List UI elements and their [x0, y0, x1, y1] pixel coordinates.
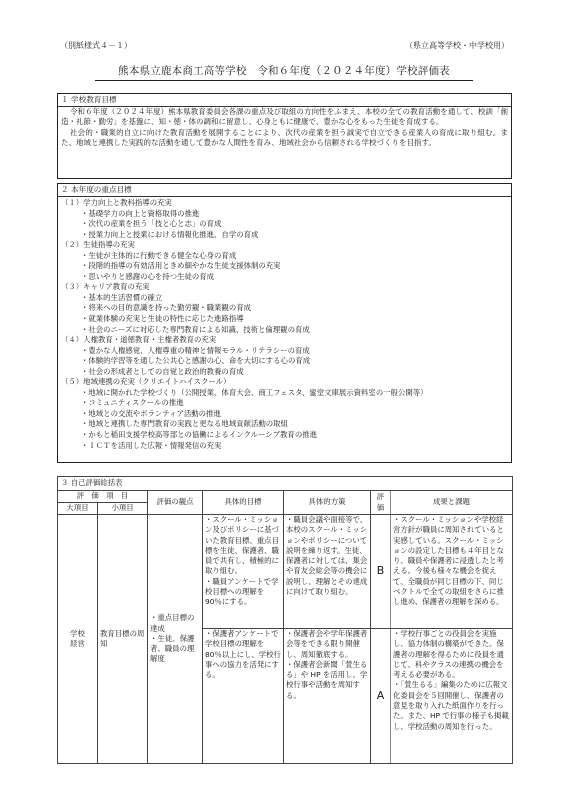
priority-item: ・思いやりと感謝の心を持つ生徒の育成 [61, 272, 508, 283]
priority-item: ・地域に開かれた学校づくり（公開授業、体育大会、商工フェスタ、蜜堂文庫展示資料室… [61, 388, 508, 399]
document-title: 熊本県立鹿本商工高等学校 令和６年度（２０２４年度）学校評価表 [95, 63, 473, 81]
goal-paragraph: 令和６年度（２０２４年度）熊本県教育委員会各課の重点及び取組の方向性をふまえ、本… [58, 107, 511, 128]
grade-cell: A [371, 629, 391, 764]
goal-paragraph: 社会的・職業的自立に向けた教育活動を展開することにより、次代の産業を担う誠実で自… [58, 128, 511, 149]
priority-item: ・就業体験の充実と生徒の特性に応じた進路指導 [61, 314, 508, 325]
priority-item: ・将来への目的意識を持った勤労観・職業観の育成 [61, 303, 508, 314]
header-viewpoint: 評価の観点 [148, 491, 203, 515]
evaluation-table: ３ 自己評価総括表 評 価 項 目 評価の観点 具体的目標 具体的方策 評 価 … [57, 476, 513, 764]
priority-item: ・コミュニティスクールの推進 [61, 398, 508, 409]
measure-cell: ・保護者会や学年保護者会等をできる限り開催し、周知徹底する。 ・保護者会新聞「萱… [284, 629, 371, 764]
header-major-item: 大項目 [58, 503, 98, 515]
priority-category: （４）人権教育・道徳教育・主権者教育の充実 [61, 335, 508, 346]
priority-item: ・基本的生活習慣の確立 [61, 293, 508, 304]
table-row: 学校 経営 教育目標の周知 ・重点目標の達成 ・生徒、保護者、職員の理解度 ・ス… [58, 515, 513, 629]
result-cell: ・学校行事ごとの役員会を実施し、協力体制の構築ができた。保護者の理解を得るために… [391, 629, 513, 764]
priority-item: ・地域との交流やボランティア活動の推進 [61, 409, 508, 420]
priority-item: ・生徒が主体的に行動できる健全な心身の育成 [61, 251, 508, 262]
priority-item: ・段階的指導の有効活用ときめ細やかな生徒支援体制の充実 [61, 261, 508, 272]
header-measure: 具体的方策 [284, 491, 371, 515]
grade-cell: B [371, 515, 391, 629]
priority-item: ・授業力向上と授業における情報化推進、自学の育成 [61, 230, 508, 241]
priority-item: ・社会のニーズに対応した専門教育による知識、技術と倫理観の育成 [61, 325, 508, 336]
section-heading: １ 学校教育目標 [58, 94, 511, 107]
priority-item: ・豊かな人権感覚、人権尊重の精神と情報モラル・リテラシーの育成 [61, 346, 508, 357]
result-cell: ・スクール・ミッションや学校経営方針が職員に周知されていると実感している。スクー… [391, 515, 513, 629]
viewpoint-cell: ・重点目標の達成 ・生徒、保護者、職員の理解度 [148, 515, 203, 764]
section-priority-goals: ２ 本年度の重点目標 （１）学力向上と教科指導の充実 ・基礎学力の向上と資格取得… [57, 183, 512, 463]
priority-category: （３）キャリア教育の充実 [61, 282, 508, 293]
header-result: 成果と課題 [391, 491, 513, 515]
priority-category: （２）生徒指導の充実 [61, 240, 508, 251]
priority-category: （５）地域連携の充実（クリエイトハイスクール） [61, 377, 508, 388]
major-item-cell: 学校 経営 [58, 515, 98, 764]
priority-item: ・かもと稲田支援学校高等部との協働によるインクルーシブ教育の推進 [61, 430, 508, 441]
priority-item: ・地域と連携した専門教育の実践と更なる地域貢献活動の取組 [61, 419, 508, 430]
section-school-goals: １ 学校教育目標 令和６年度（２０２４年度）熊本県教育委員会各課の重点及び取組の… [57, 93, 512, 179]
header-grade: 評 価 [371, 491, 391, 515]
section-heading: ３ 自己評価総括表 [58, 477, 513, 491]
priority-item: ・基礎学力の向上と資格取得の推進 [61, 209, 508, 220]
section-heading: ２ 本年度の重点目標 [58, 184, 511, 197]
priority-item: ・体験的学習等を通した公共心と感謝の心、命を大切にする心の育成 [61, 356, 508, 367]
goal-cell: ・保護者アンケートで学校目標の理解を 80％以上にし、学校行事への協力を活発にす… [203, 629, 284, 764]
usage-label: （県立高等学校・中学校用） [405, 40, 509, 51]
goal-cell: ・スクール・ミッション及びポリシーに基づいた教育目標、重点目標を生徒、保護者、職… [203, 515, 284, 629]
priority-item: ・ＩＣＴを活用した広報・情報発信の充実 [61, 441, 508, 452]
priority-category: （１）学力向上と教科指導の充実 [61, 198, 508, 209]
section-self-evaluation: ３ 自己評価総括表 評 価 項 目 評価の観点 具体的目標 具体的方策 評 価 … [57, 476, 512, 764]
header-goal: 具体的目標 [203, 491, 284, 515]
header-evaluation-items: 評 価 項 目 [58, 491, 148, 503]
priority-list: （１）学力向上と教科指導の充実 ・基礎学力の向上と資格取得の推進 ・次代の産業を… [58, 197, 511, 452]
form-number-label: （別紙様式４－１） [60, 40, 132, 51]
minor-item-cell: 教育目標の周知 [98, 515, 148, 764]
priority-item: ・次代の産業を担う「技と心と志」の育成 [61, 219, 508, 230]
measure-cell: ・職員会議や面接等で、本校のスクール・ミッションやポリシーについて説明を繰り返す… [284, 515, 371, 629]
header-minor-item: 小項目 [98, 503, 148, 515]
priority-item: ・社会の形成者としての自覚と政治的教養の育成 [61, 367, 508, 378]
